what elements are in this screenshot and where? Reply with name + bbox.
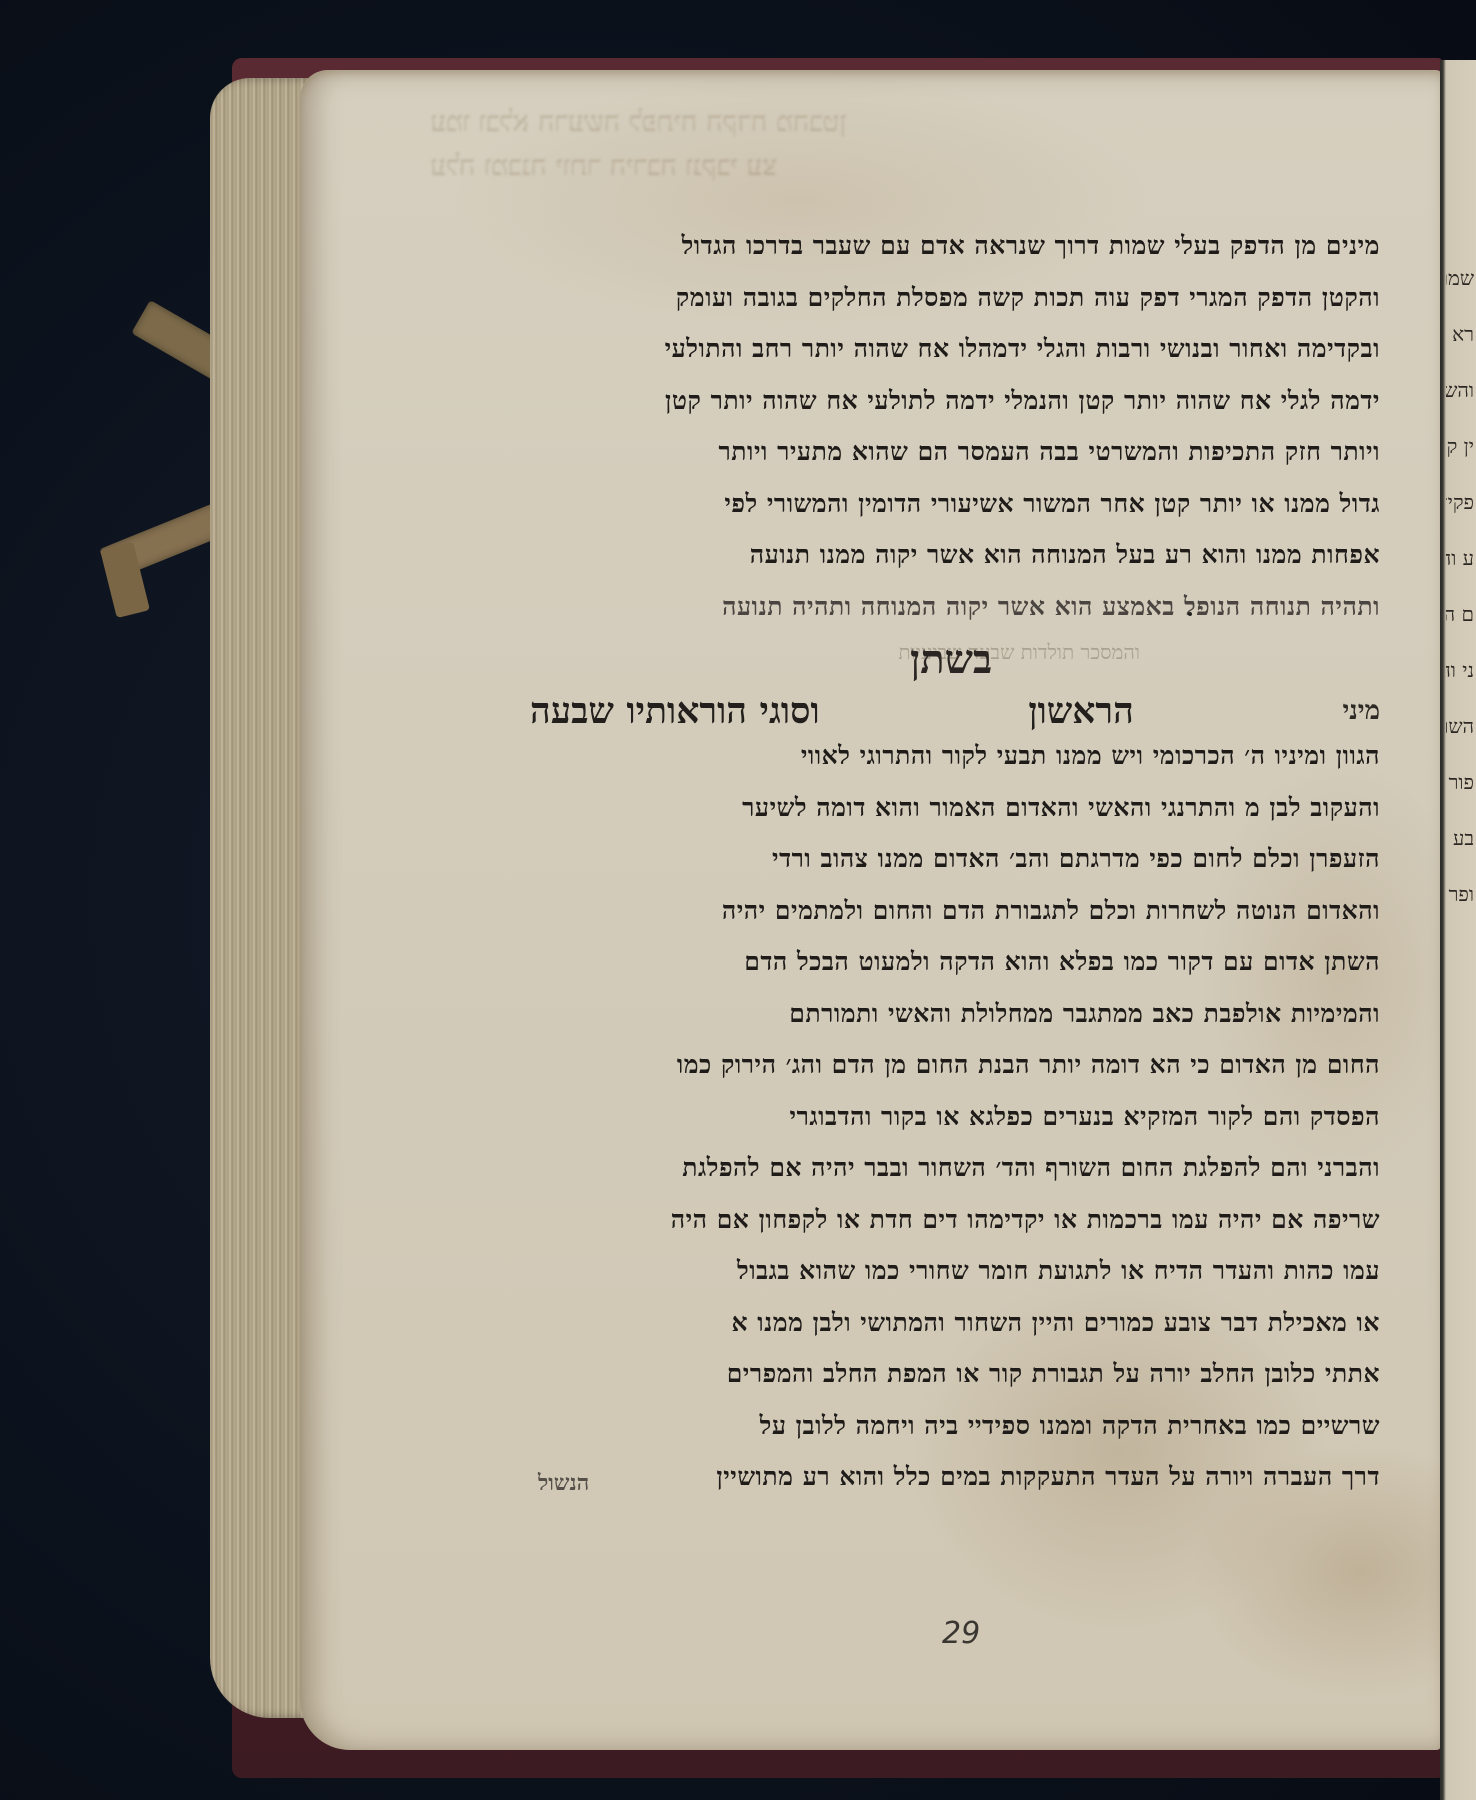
- ink-dot: [1188, 612, 1192, 616]
- fragment: בע: [1446, 810, 1474, 866]
- fragment: ם ה: [1446, 586, 1474, 642]
- text-line: והברני והם להפלגת החום השורף והד׳ השחור …: [530, 1142, 1380, 1194]
- text-line: הפסדק והם לקור המזקיא בנערים כפלגא או בק…: [530, 1091, 1380, 1143]
- text-line: והקטן הדפק המגרי דפק עוה תכות קשה מפסלת …: [530, 272, 1380, 324]
- subheading-right: וסוגי הוראותיו שבעה: [530, 690, 820, 732]
- subheading-left: מיני: [1342, 696, 1380, 726]
- subheading-line: מיני הראשון וסוגי הוראותיו שבעה: [530, 690, 1380, 732]
- text-line: החום מן האדום כי הא דומה יותר הבנת החום …: [530, 1039, 1380, 1091]
- fragment: רא: [1446, 306, 1474, 362]
- fragment: פור: [1446, 754, 1474, 810]
- text-line: עמו כהות והעדר הדיח או לתגועת חומר שחורי…: [530, 1245, 1380, 1297]
- section-heading: בשתן: [910, 636, 992, 683]
- catchword: הנשול: [538, 1470, 589, 1496]
- text-line: גדול ממנו או יותר קטן אחר המשור אשיעורי …: [530, 478, 1380, 530]
- ghost-line: עלה ומבנה יותר הירבה ונקבי עצ: [430, 144, 990, 188]
- fragment: ני והל: [1446, 642, 1474, 698]
- text-line: ובקדימה ואחור ובנושי ורבות והגלי ידמהלו …: [530, 323, 1380, 375]
- facing-page-edge: שמר רא והשמ ין ק פקיד ע והל ם ה ני והל ה…: [1440, 60, 1476, 1800]
- ghost-line: עמו ובלא הרעשה לפתיח הקדח מהבטן: [430, 100, 990, 144]
- text-line: השתן אדום עם דקור כמו בפלא והוא הדקה ולמ…: [530, 936, 1380, 988]
- text-line: דרך העברה ויורה על העדר התעקקות במים כלל…: [530, 1451, 1380, 1503]
- folio-number: 29: [942, 1616, 980, 1651]
- fragment: השו: [1446, 698, 1474, 754]
- fragment: ופר: [1446, 866, 1474, 922]
- fragment: והשמ: [1446, 362, 1474, 418]
- paragraph-2: הגוון ומיניו ה׳ הכרכומי ויש ממנו תבעי לק…: [530, 730, 1380, 1503]
- text-line: הגוון ומיניו ה׳ הכרכומי ויש ממנו תבעי לק…: [530, 730, 1380, 782]
- ink-offset-ghost: עמו ובלא הרעשה לפתיח הקדח מהבטן עלה ומבנ…: [430, 100, 990, 188]
- text-line: מינים מן הדפק בעלי שמות דרוך שנראה אדם ע…: [530, 220, 1380, 272]
- text-line: אתתי כלובן החלב יורה על תגבורת קור או המ…: [530, 1348, 1380, 1400]
- text-line: הזעפרן וכלם לחום כפי מדרגתם והב׳ האדום מ…: [530, 833, 1380, 885]
- text-line: ידמה לגלי אח שהוה יותר קטן והנמלי ידמה ל…: [530, 375, 1380, 427]
- fragment: ין ק: [1446, 418, 1474, 474]
- text-line: והאדום הנוטה לשחרות וכלם לתגבורת הדם והח…: [530, 885, 1380, 937]
- heading-ghost-text: והמסכר תולדות שבעה שביעיות: [540, 640, 1140, 665]
- paragraph-1: מינים מן הדפק בעלי שמות דרוך שנראה אדם ע…: [530, 220, 1380, 632]
- text-line: והעקוב לבן מ והתרנגי והאשי והאדום האמור …: [530, 782, 1380, 834]
- text-line: שריפה אם יהיה עמו ברכמות או יקדימהו דים …: [530, 1194, 1380, 1246]
- text-line: שרשיים כמו באחרית הדקה וממנו ספידיי ביה …: [530, 1400, 1380, 1452]
- text-line: ויותר חזק התכיפות והמשרטי בבה העמסר הם ש…: [530, 426, 1380, 478]
- facing-page-text: שמר רא והשמ ין ק פקיד ע והל ם ה ני והל ה…: [1446, 250, 1474, 922]
- text-line: או מאכילת דבר צובע כמורים והיין השחור וה…: [530, 1297, 1380, 1349]
- fragment: ע והל: [1446, 530, 1474, 586]
- text-line: אפחות ממנו והוא רע בעל המנוחה הוא אשר יק…: [530, 529, 1380, 581]
- fragment: פקיד: [1446, 474, 1474, 530]
- text-line: והמימיות אולפבת כאב ממתגבר ממחלולת והאשי…: [530, 988, 1380, 1040]
- fragment: שמר: [1446, 250, 1474, 306]
- text-line: ותהיה תנוחה הנופל באמצע הוא אשר יקוה המנ…: [530, 581, 1380, 633]
- subheading-middle: הראשון: [1028, 690, 1133, 732]
